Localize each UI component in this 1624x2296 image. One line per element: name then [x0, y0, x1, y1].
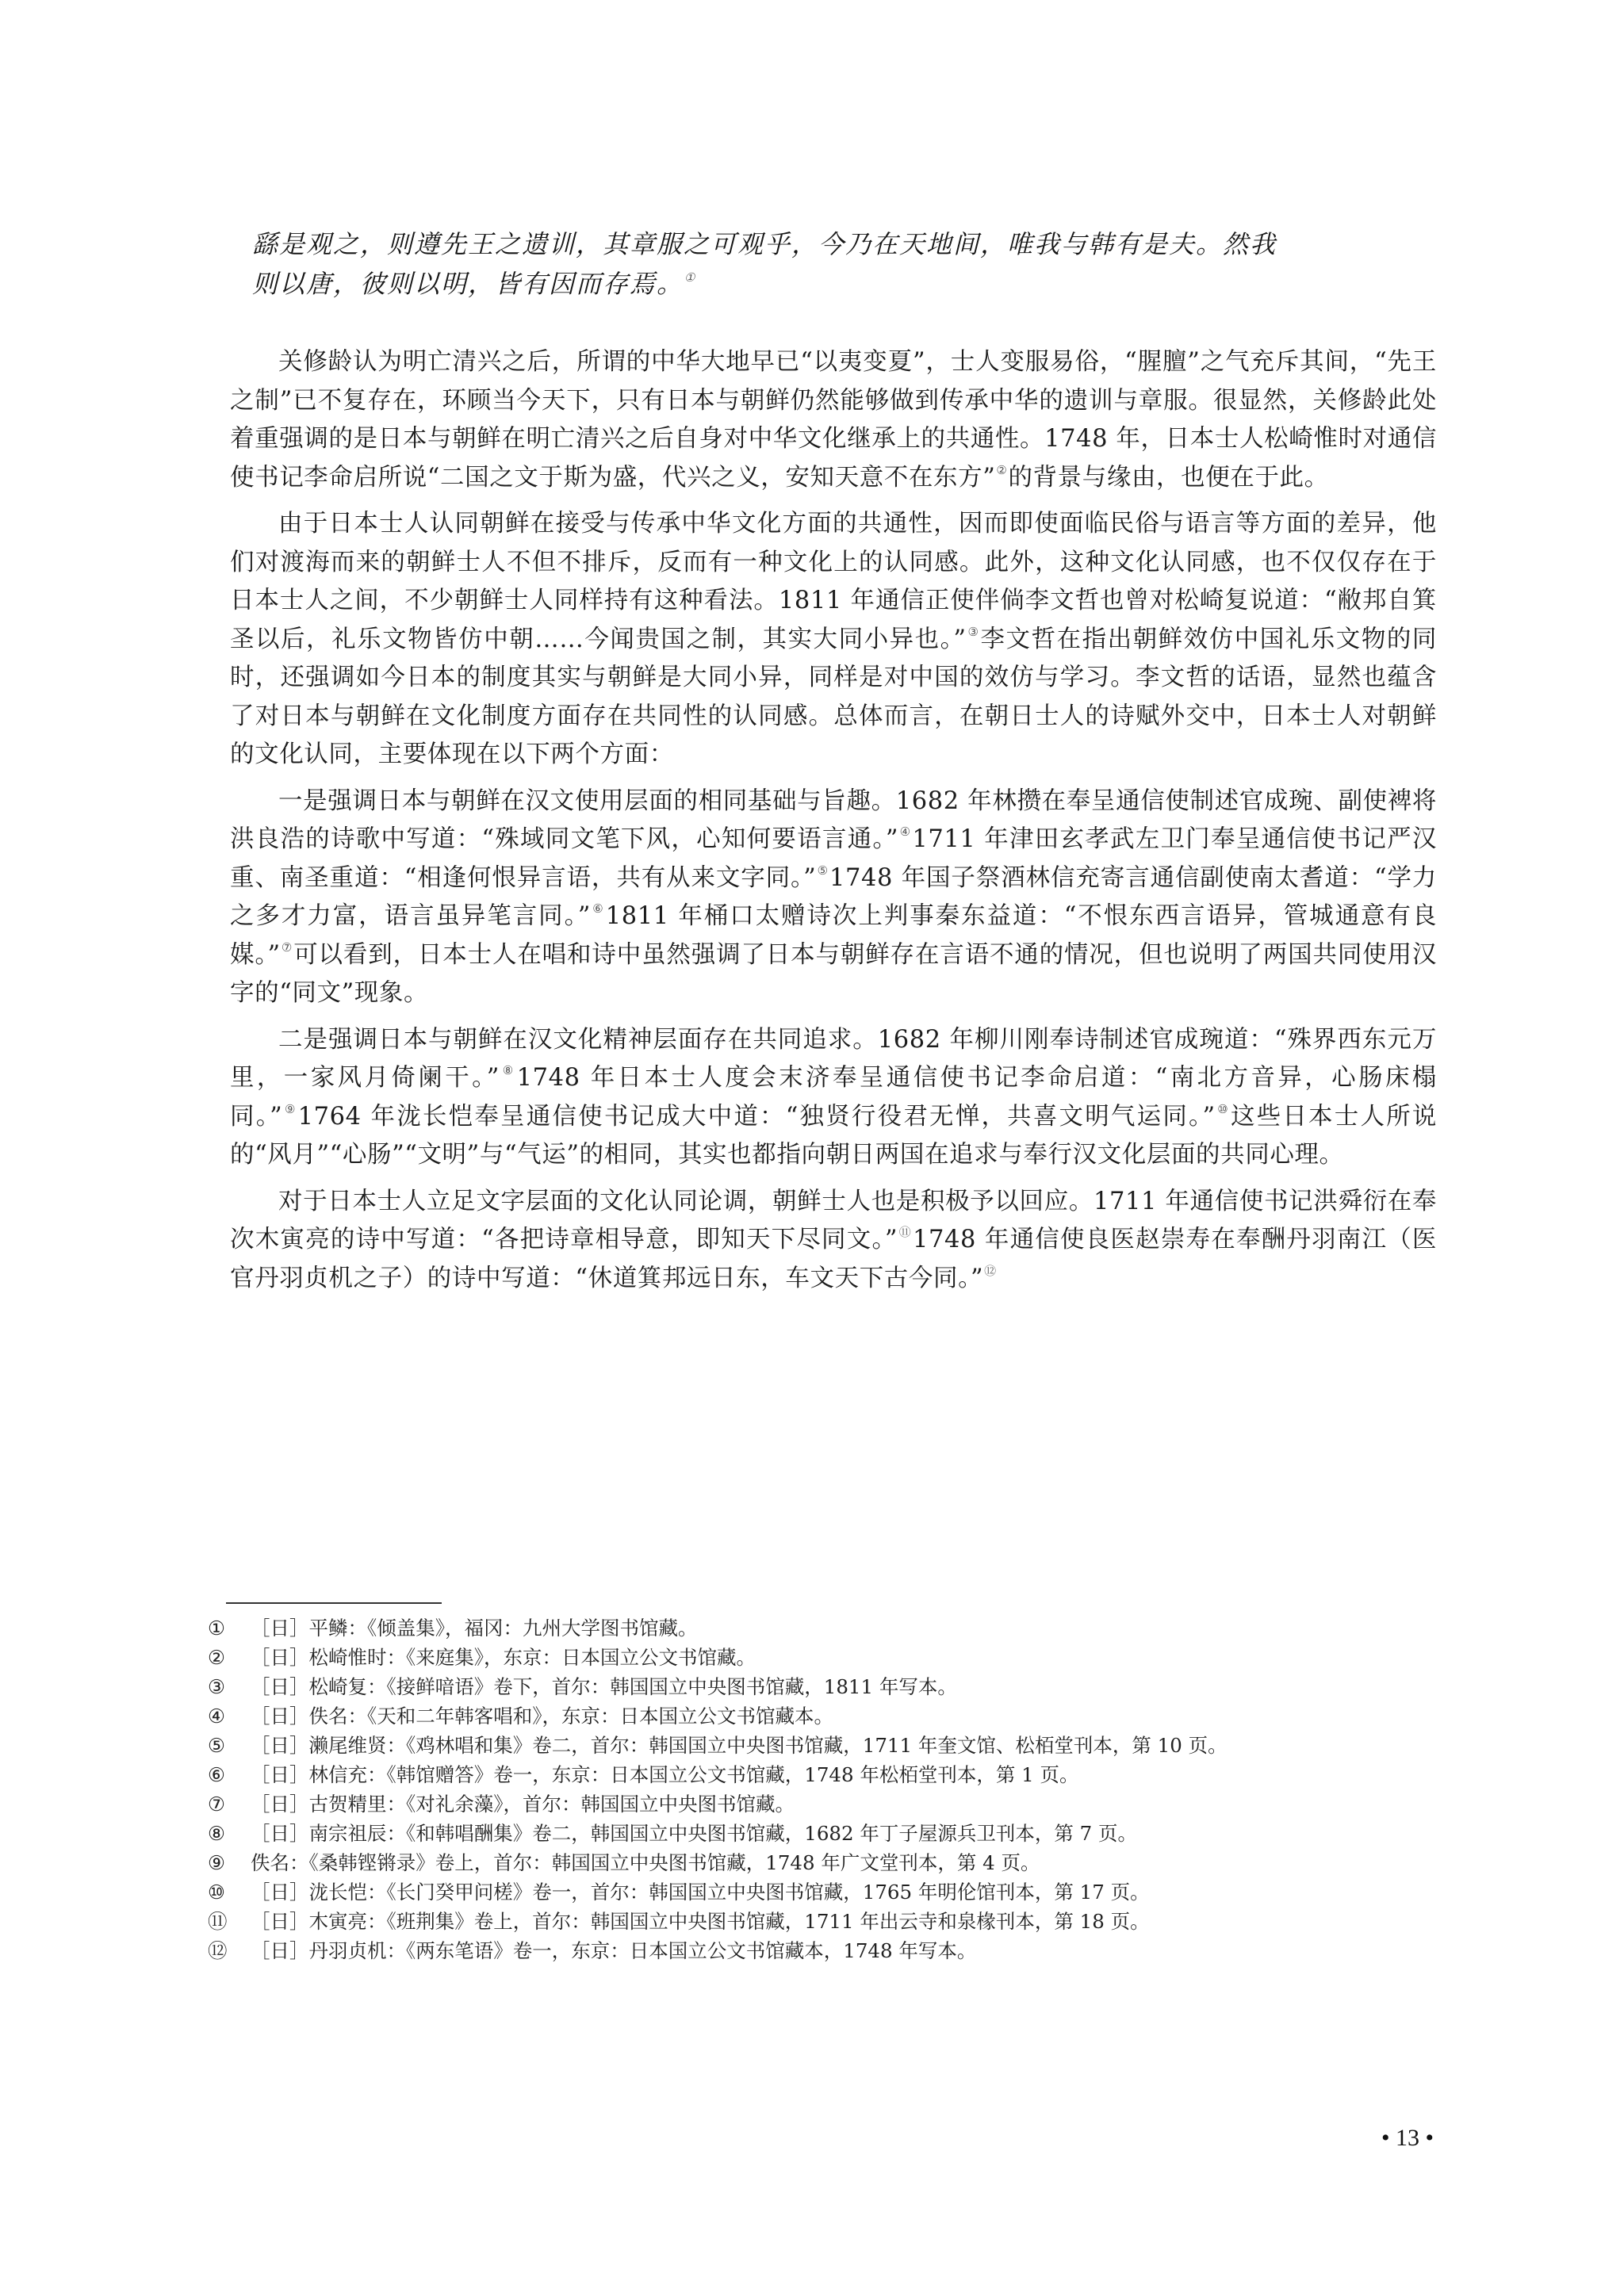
quote-line-2: 则以唐，彼则以明，皆有因而存焉。① [252, 264, 1418, 304]
footnote-number: ⑫ [208, 1936, 251, 1965]
footnote-text: ［日］松崎惟时：《来庭集》，东京：日本国立公文书馆藏。 [251, 1643, 1445, 1672]
paragraph: 二是强调日本与朝鲜在汉文化精神层面存在共同追求。1682 年柳川刚奉诗制述官成琬… [230, 1021, 1437, 1175]
paragraph: 关修龄认为明亡清兴之后，所谓的中华大地早已“以夷变夏”，士人变服易俗，“腥膻”之… [230, 343, 1437, 497]
footnote-number: ⑨ [208, 1848, 251, 1877]
footnote-item: ⑨佚名：《桑韩铿锵录》卷上，首尔：韩国国立中央图书馆藏，1748 年广文堂刊本，… [208, 1848, 1445, 1877]
footnote-ref[interactable]: ⑫ [984, 1264, 997, 1278]
footnote-text: ［日］木寅亮：《班荆集》卷上，首尔：韩国国立中央图书馆藏，1711 年出云寺和泉… [251, 1907, 1445, 1936]
footnote-ref[interactable]: ① [684, 270, 696, 285]
footnote-text: ［日］濑尾维贤：《鸡林唱和集》卷二，首尔：韩国国立中央图书馆藏，1711 年奎文… [251, 1731, 1445, 1760]
footnote-number: ⑩ [208, 1877, 251, 1907]
footnote-ref[interactable]: ⑦ [282, 940, 293, 955]
footnotes: ①［日］平鳞：《倾盖集》，福冈：九州大学图书馆藏。②［日］松崎惟时：《来庭集》，… [208, 1613, 1445, 1965]
footnote-text: ［日］古贺精里：《对礼余藻》，首尔：韩国国立中央图书馆藏。 [251, 1789, 1445, 1819]
footnote-item: ⑧［日］南宗祖辰：《和韩唱酬集》卷二，韩国国立中央图书馆藏，1682 年丁子屋源… [208, 1819, 1445, 1848]
footnote-number: ⑤ [208, 1731, 251, 1760]
footnote-divider [226, 1602, 442, 1604]
footnote-item: ③［日］松崎复：《接鲜喑语》卷下，首尔：韩国国立中央图书馆藏，1811 年写本。 [208, 1672, 1445, 1701]
footnote-ref[interactable]: ⑩ [1216, 1102, 1230, 1116]
footnote-ref[interactable]: ⑧ [500, 1063, 516, 1077]
footnote-item: ①［日］平鳞：《倾盖集》，福冈：九州大学图书馆藏。 [208, 1613, 1445, 1643]
footnote-item: ⑪［日］木寅亮：《班荆集》卷上，首尔：韩国国立中央图书馆藏，1711 年出云寺和… [208, 1907, 1445, 1936]
footnote-text: ［日］松崎复：《接鲜喑语》卷下，首尔：韩国国立中央图书馆藏，1811 年写本。 [251, 1672, 1445, 1701]
paragraph-text: 的背景与缘由，也便在于此。 [1008, 464, 1328, 492]
footnote-text: ［日］平鳞：《倾盖集》，福冈：九州大学图书馆藏。 [251, 1613, 1445, 1643]
paragraph: 由于日本士人认同朝鲜在接受与传承中华文化方面的共通性，因而即使面临民俗与语言等方… [230, 505, 1437, 775]
footnote-item: ②［日］松崎惟时：《来庭集》，东京：日本国立公文书馆藏。 [208, 1643, 1445, 1672]
footnote-ref[interactable]: ⑪ [898, 1225, 912, 1239]
footnote-number: ⑦ [208, 1789, 251, 1819]
paragraph-text: 可以看到，日本士人在唱和诗中虽然强调了日本与朝鲜存在言语不通的情况，但也说明了两… [230, 941, 1437, 1008]
footnote-number: ⑥ [208, 1760, 251, 1789]
block-quote: 繇是观之，则遵先王之遗训，其章服之可观乎，今乃在天地间，唯我与韩有是夫。然我 则… [252, 224, 1418, 304]
footnote-ref[interactable]: ⑤ [817, 863, 829, 878]
body-text: 关修龄认为明亡清兴之后，所谓的中华大地早已“以夷变夏”，士人变服易俗，“腥膻”之… [230, 343, 1437, 1298]
footnote-text: 佚名：《桑韩铿锵录》卷上，首尔：韩国国立中央图书馆藏，1748 年广文堂刊本，第… [251, 1848, 1445, 1877]
footnote-number: ④ [208, 1701, 251, 1731]
footnote-number: ⑧ [208, 1819, 251, 1848]
footnote-text: ［日］南宗祖辰：《和韩唱酬集》卷二，韩国国立中央图书馆藏，1682 年丁子屋源兵… [251, 1819, 1445, 1848]
paragraph-text: 1764 年泷长恺奉呈通信使书记成大中道：“独贤行役君无惮，共喜文明气运同。” [298, 1103, 1216, 1131]
page-number: • 13 • [1372, 2125, 1443, 2152]
footnote-ref[interactable]: ⑥ [592, 901, 605, 916]
footnote-item: ⑤［日］濑尾维贤：《鸡林唱和集》卷二，首尔：韩国国立中央图书馆藏，1711 年奎… [208, 1731, 1445, 1760]
quote-line-1: 繇是观之，则遵先王之遗训，其章服之可观乎，今乃在天地间，唯我与韩有是夫。然我 [252, 224, 1418, 264]
footnote-number: ② [208, 1643, 251, 1672]
footnote-number: ① [208, 1613, 251, 1643]
footnote-text: ［日］泷长恺：《长门癸甲问槎》卷一，首尔：韩国国立中央图书馆藏，1765 年明伦… [251, 1877, 1445, 1907]
footnote-ref[interactable]: ⑨ [283, 1102, 297, 1116]
footnote-ref[interactable]: ② [996, 463, 1007, 477]
footnote-ref[interactable]: ③ [967, 625, 980, 639]
footnote-item: ⑩［日］泷长恺：《长门癸甲问槎》卷一，首尔：韩国国立中央图书馆藏，1765 年明… [208, 1877, 1445, 1907]
paragraph: 一是强调日本与朝鲜在汉文使用层面的相同基础与旨趣。1682 年林攒在奉呈通信使制… [230, 783, 1437, 1013]
footnote-ref[interactable]: ④ [899, 825, 911, 839]
footnote-text: ［日］丹羽贞机：《两东笔语》卷一，东京：日本国立公文书馆藏本，1748 年写本。 [251, 1936, 1445, 1965]
footnote-item: ⑥［日］林信充：《韩馆赠答》卷一，东京：日本国立公文书馆藏，1748 年松栢堂刊… [208, 1760, 1445, 1789]
footnote-text: ［日］佚名：《天和二年韩客唱和》，东京：日本国立公文书馆藏本。 [251, 1701, 1445, 1731]
footnote-text: ［日］林信充：《韩馆赠答》卷一，东京：日本国立公文书馆藏，1748 年松栢堂刊本… [251, 1760, 1445, 1789]
document-page: 繇是观之，则遵先王之遗训，其章服之可观乎，今乃在天地间，唯我与韩有是夫。然我 则… [0, 0, 1624, 2296]
footnote-number: ⑪ [208, 1907, 251, 1936]
paragraph: 对于日本士人立足文字层面的文化认同论调，朝鲜士人也是积极予以回应。1711 年通… [230, 1183, 1437, 1299]
footnote-item: ⑦［日］古贺精里：《对礼余藻》，首尔：韩国国立中央图书馆藏。 [208, 1789, 1445, 1819]
quote-line-2-text: 则以唐，彼则以明，皆有因而存焉。 [252, 269, 684, 299]
footnote-item: ④［日］佚名：《天和二年韩客唱和》，东京：日本国立公文书馆藏本。 [208, 1701, 1445, 1731]
footnote-item: ⑫［日］丹羽贞机：《两东笔语》卷一，东京：日本国立公文书馆藏本，1748 年写本… [208, 1936, 1445, 1965]
footnote-number: ③ [208, 1672, 251, 1701]
